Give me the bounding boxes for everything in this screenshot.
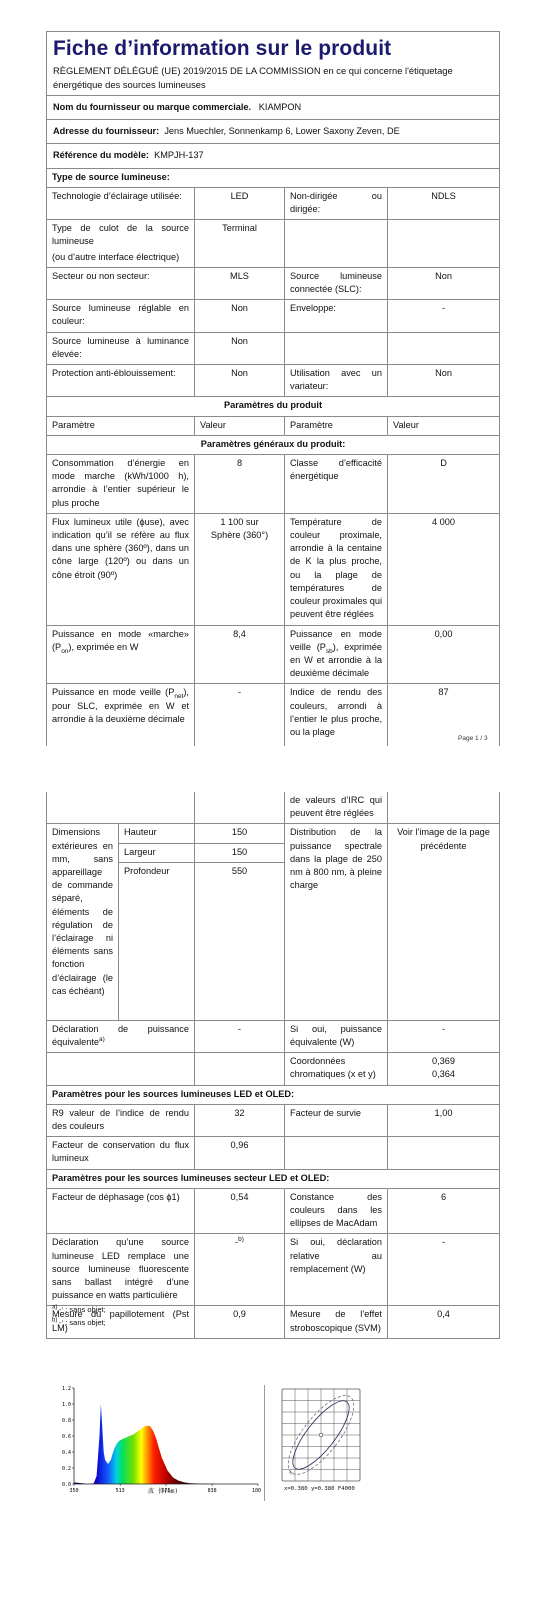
param-label (285, 220, 388, 268)
param-label: Indice de rendu des couleurs, arrondi à … (285, 684, 388, 746)
param-value: - (388, 1234, 500, 1306)
column-header-row: Paramètre Valeur Paramètre Valeur (47, 416, 500, 435)
supplier-name-row: Nom du fournisseur ou marque commerciale… (47, 96, 500, 120)
param-value: D (388, 455, 500, 514)
product-params-heading: Paramètres du produit (47, 397, 500, 416)
product-info-table-page2: de valeurs d’IRC qui peuvent être réglée… (46, 792, 500, 1339)
param-value: 0,9 (195, 1306, 285, 1338)
svg-text:350: 350 (69, 1488, 78, 1494)
document-title: Fiche d’information sur le produit (53, 36, 493, 62)
mains-led-params-heading: Paramètres pour les sources lumineuses s… (47, 1169, 500, 1188)
supplier-name-value: KIAMPON (259, 102, 301, 112)
table-row: Technologie d’éclairage utilisée: LED No… (47, 187, 500, 219)
column-header: Valeur (195, 416, 285, 435)
table-row: de valeurs d’IRC qui peuvent être réglée… (47, 792, 500, 824)
footnote: b)‚-‘ : sans objet; (52, 1316, 106, 1329)
param-label: Si oui, déclaration relative au remplace… (285, 1234, 388, 1306)
svg-text:838: 838 (208, 1488, 217, 1494)
footnote-ref: b) (238, 1236, 244, 1243)
regulation-subtitle: RÈGLEMENT DÉLÉGUÉ (UE) 2019/2015 DE LA C… (53, 64, 493, 92)
svg-text:1.0: 1.0 (62, 1402, 71, 1408)
table-row: Type de culot de la source lumineuse (ou… (47, 220, 500, 268)
param-value: 0,54 (195, 1188, 285, 1234)
param-value: 0,96 (195, 1137, 285, 1169)
param-value: 1,00 (388, 1104, 500, 1136)
param-label: Enveloppe: (285, 300, 388, 332)
table-row: Flux lumineux utile (ϕuse), avec indicat… (47, 513, 500, 625)
param-value: Terminal (195, 220, 285, 268)
param-value: Non (388, 365, 500, 397)
param-value: - (195, 684, 285, 746)
table-row: Consommation d’énergie en mode marche (k… (47, 455, 500, 514)
param-label: Consommation d’énergie en mode marche (k… (47, 455, 195, 514)
param-label-line: Type de culot de la source lumineuse (52, 222, 189, 248)
param-label: Source lumineuse à luminance élevée: (47, 332, 195, 364)
param-value: 8,4 (195, 625, 285, 684)
param-label: Mesure de l’effet stroboscopique (SVM) (285, 1306, 388, 1338)
macadam-ellipse-chart: + (278, 1385, 363, 1485)
label-part: Puissance en mode veille (P (52, 687, 174, 697)
model-row: Référence du modèle: KMPJH-137 (47, 144, 500, 168)
param-value: MLS (195, 267, 285, 299)
page-number: Page 1 / 3 (458, 735, 488, 742)
param-label: Puissance en mode veille (Psb), exprimée… (285, 625, 388, 684)
column-header: Paramètre (285, 416, 388, 435)
param-value (388, 1137, 500, 1169)
table-row: Déclaration de puissance équivalentea) -… (47, 1020, 500, 1052)
ellipse-annotation: x=0.380 y=0.380 F4000 (284, 1486, 355, 1492)
supplier-address-row: Adresse du fournisseur: Jens Muechler, S… (47, 120, 500, 144)
table-row: Facteur de conservation du flux lumineux… (47, 1137, 500, 1169)
label-part: Déclaration de puissance équivalente (52, 1024, 189, 1047)
supplier-name-label: Nom du fournisseur ou marque commerciale… (53, 102, 251, 112)
param-label: Source lumineuse connectée (SLC): (285, 267, 388, 299)
param-value (388, 220, 500, 268)
param-value: 6 (388, 1188, 500, 1234)
led-params-heading: Paramètres pour les sources lumineuses L… (47, 1085, 500, 1104)
table-row: Coordonnées chromatiques (x et y) 0,369 … (47, 1053, 500, 1085)
dimension-value: 150 (195, 843, 285, 862)
dimension-name: Largeur (119, 843, 195, 862)
param-label (47, 1053, 195, 1085)
param-label: Facteur de conservation du flux lumineux (47, 1137, 195, 1169)
param-value: Non (195, 332, 285, 364)
supplier-address-label: Adresse du fournisseur: (53, 126, 159, 136)
table-row: Secteur ou non secteur: MLS Source lumin… (47, 267, 500, 299)
param-label: Flux lumineux utile (ϕuse), avec indicat… (47, 513, 195, 625)
param-label: Secteur ou non secteur: (47, 267, 195, 299)
param-label: Source lumineuse réglable en couleur: (47, 300, 195, 332)
figure-divider (264, 1385, 265, 1501)
table-row: Déclaration qu’une source lumineuse LED … (47, 1234, 500, 1306)
param-value: Voir l'image de la page précédente (388, 824, 500, 1020)
param-value: -b) (195, 1234, 285, 1306)
header-cell: Fiche d’information sur le produit RÈGLE… (47, 32, 500, 96)
label-part: ), exprimée en W (68, 642, 138, 652)
param-value-line: Sphère (360°) (200, 529, 279, 542)
model-value: KMPJH-137 (154, 150, 204, 160)
table-row: Mesure du papillotement (Pst LM) 0,9 Mes… (47, 1306, 500, 1338)
page-1: Fiche d’information sur le produit RÈGLE… (46, 31, 499, 746)
model-label: Référence du modèle: (53, 150, 149, 160)
footnote: a)‚-‘ : sans objet; (52, 1303, 106, 1316)
footnote-ref: a) (99, 1036, 105, 1043)
label-sub: sb (326, 648, 333, 655)
param-value (195, 792, 285, 824)
param-value: Non (195, 300, 285, 332)
param-label (285, 1137, 388, 1169)
param-label: Déclaration de puissance équivalentea) (47, 1020, 195, 1052)
table-row: Puissance en mode «marche» (Pon), exprim… (47, 625, 500, 684)
param-value-line: 1 100 sur (200, 516, 279, 529)
param-label: Technologie d’éclairage utilisée: (47, 187, 195, 219)
param-label: R9 valeur de l’indice de rendu des coule… (47, 1104, 195, 1136)
dimensions-label: Dimensions extérieures en mm, sans appar… (47, 824, 119, 1020)
param-label: Type de culot de la source lumineuse (ou… (47, 220, 195, 268)
param-value: Non (388, 267, 500, 299)
dimension-name: Hauteur (119, 824, 195, 843)
param-label: Facteur de déphasage (cos ϕ1) (47, 1188, 195, 1234)
chromaticity-x: 0,369 (393, 1055, 494, 1068)
svg-text:+: + (288, 1469, 294, 1477)
param-value: - (388, 300, 500, 332)
table-row: Source lumineuse réglable en couleur: No… (47, 300, 500, 332)
param-label: Puissance en mode «marche» (Pon), exprim… (47, 625, 195, 684)
svg-text:1000: 1000 (252, 1488, 261, 1494)
param-label: Constance des couleurs dans les ellipses… (285, 1188, 388, 1234)
param-label: Classe d’efficacité énergétique (285, 455, 388, 514)
svg-text:513: 513 (116, 1488, 125, 1494)
svg-text:0.8: 0.8 (62, 1418, 71, 1424)
param-label (285, 332, 388, 364)
supplier-address-value: Jens Muechler, Sonnenkamp 6, Lower Saxon… (164, 126, 399, 136)
param-label: Non-dirigée ou dirigée: (285, 187, 388, 219)
param-value: 0,4 (388, 1306, 500, 1338)
table-row: Facteur de déphasage (cos ϕ1) 0,54 Const… (47, 1188, 500, 1234)
param-label (47, 792, 195, 824)
param-label: Température de couleur proximale, arrond… (285, 513, 388, 625)
svg-text:0.2: 0.2 (62, 1466, 71, 1472)
param-label-line: (ou d’autre interface électrique) (52, 251, 189, 264)
param-label: Déclaration qu’une source lumineuse LED … (47, 1234, 195, 1306)
param-value: LED (195, 187, 285, 219)
chromaticity-y: 0,364 (393, 1068, 494, 1081)
svg-text:1.2: 1.2 (62, 1386, 71, 1392)
table-row: Puissance en mode veille (Pnet), pour SL… (47, 684, 500, 746)
param-value: 32 (195, 1104, 285, 1136)
param-value: NDLS (388, 187, 500, 219)
table-row: R9 valeur de l’indice de rendu des coule… (47, 1104, 500, 1136)
table-row: Source lumineuse à luminance élevée: Non (47, 332, 500, 364)
spectrum-x-axis-label: 波 长(nm) (148, 1486, 178, 1495)
param-value (388, 332, 500, 364)
param-label: Coordonnées chromatiques (x et y) (285, 1053, 388, 1085)
param-label: Utilisation avec un variateur: (285, 365, 388, 397)
general-params-heading: Paramètres généraux du produit: (47, 435, 500, 454)
product-info-table-page1: Fiche d’information sur le produit RÈGLE… (46, 31, 500, 746)
param-value: - (195, 1020, 285, 1052)
table-row: Dimensions extérieures en mm, sans appar… (47, 824, 500, 843)
param-value: 4 000 (388, 513, 500, 625)
param-value (388, 792, 500, 824)
param-label: de valeurs d’IRC qui peuvent être réglée… (285, 792, 388, 824)
param-label: Facteur de survie (285, 1104, 388, 1136)
param-value: Non (195, 365, 285, 397)
param-value (195, 1053, 285, 1085)
param-label: Distribution de la puissance spectrale d… (285, 824, 388, 1020)
param-label: Si oui, puissance équivalente (W) (285, 1020, 388, 1052)
light-source-type-heading: Type de source lumineuse: (47, 168, 500, 187)
footnote-text: ‚-‘ : sans objet; (57, 1305, 105, 1314)
dimension-value: 150 (195, 824, 285, 843)
column-header: Paramètre (47, 416, 195, 435)
footnotes: a)‚-‘ : sans objet; b)‚-‘ : sans objet; (52, 1303, 106, 1329)
figures: 0.00.20.40.60.81.01.23505136758381000 波 … (56, 1385, 446, 1501)
param-label: Protection anti-éblouissement: (47, 365, 195, 397)
footnote-text: ‚-‘ : sans objet; (57, 1318, 105, 1327)
param-value: 1 100 sur Sphère (360°) (195, 513, 285, 625)
dimension-value: 550 (195, 862, 285, 1020)
param-value: - (388, 1020, 500, 1052)
svg-text:0.4: 0.4 (62, 1450, 71, 1456)
param-value: 0,369 0,364 (388, 1053, 500, 1085)
page-2: de valeurs d’IRC qui peuvent être réglée… (46, 792, 499, 1339)
param-value: 8 (195, 455, 285, 514)
table-row: Protection anti-éblouissement: Non Utili… (47, 365, 500, 397)
dimension-name: Profondeur (119, 862, 195, 1020)
spectral-distribution-chart: 0.00.20.40.60.81.01.23505136758381000 (56, 1385, 261, 1497)
param-label: Puissance en mode veille (Pnet), pour SL… (47, 684, 195, 746)
param-value: 0,00 (388, 625, 500, 684)
svg-text:0.6: 0.6 (62, 1434, 71, 1440)
column-header: Valeur (388, 416, 500, 435)
